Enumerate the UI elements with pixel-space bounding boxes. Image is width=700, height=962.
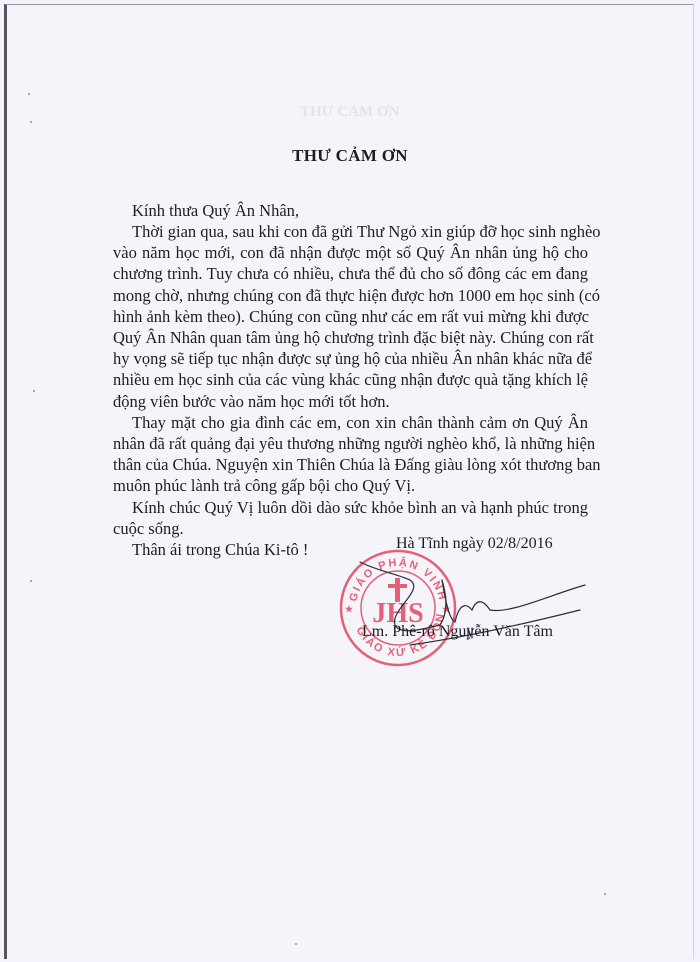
body-line: hy vọng sẽ tiếp tục nhận được sự ủng hộ … [113,348,588,369]
scan-speck [604,893,606,895]
body-line: vào năm học mới, con đã nhận được một số… [113,242,588,263]
scan-speck [295,943,297,945]
body-line: mong chờ, nhưng chúng con đã thực hiện đ… [113,285,588,306]
signer-name: Lm. Phê-rô Nguyễn Văn Tâm [362,623,553,641]
scan-speck [28,93,30,95]
handwritten-signature [350,550,600,660]
body-line: động viên bước vào năm học mới tốt hơn. [113,391,588,412]
letter-title: THƯ CẢM ƠN [0,146,700,166]
body-line: nhân đã rất quảng đại yêu thương những n… [113,433,588,454]
scan-speck [30,580,32,582]
scan-speck [30,121,32,123]
body-line: Thời gian qua, sau khi con đã gửi Thư Ng… [132,221,588,242]
body-line: Kính chúc Quý Vị luôn dồi dào sức khỏe b… [132,497,588,518]
body-line: thân của Chúa. Nguyện xin Thiên Chúa là … [113,454,588,475]
greeting: Kính thưa Quý Ân Nhân, [132,200,588,221]
body-line: chương trình. Tuy chưa có nhiều, chưa th… [113,263,588,284]
body-line: hình ảnh kèm theo). Chúng con cũng như c… [113,306,588,327]
bleed-through-title: THƯ CẢM ƠN [300,104,399,121]
body-line: Thay mặt cho gia đình các em, con xin ch… [132,412,588,433]
body-line: nhiều em học sinh của các vùng khác cũng… [113,369,588,390]
body-line: muôn phúc lành trả công gấp bội cho Quý … [113,475,588,496]
body-line: Quý Ân Nhân quan tâm ủng hộ chương trình… [113,327,588,348]
scan-speck [33,390,35,392]
